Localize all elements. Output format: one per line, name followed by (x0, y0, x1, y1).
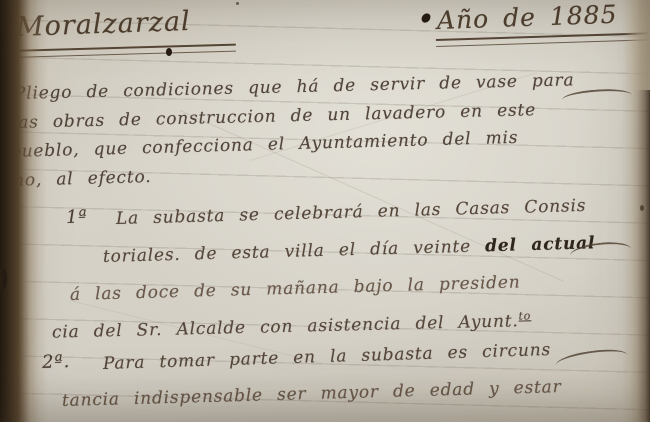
manuscript-photo: Moralzarzal Año de 1885 Pliego de condic… (0, 0, 650, 422)
clause-1-number: 1ª (66, 206, 88, 228)
ink-speck (166, 48, 172, 56)
clause-1-line-4-superscript: to (518, 309, 531, 322)
ink-speck (236, 2, 239, 5)
page-stack-right-edge-highlight (624, 0, 650, 90)
book-binding-left-edge (0, 0, 48, 422)
